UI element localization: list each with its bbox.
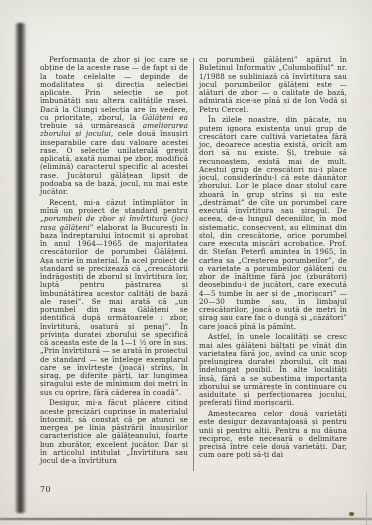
paragraph: cu porumbeii gălățeni” apărut în Buletin… (199, 56, 347, 114)
paragraph: Astfel, în unele localități se cresc mai… (199, 333, 347, 407)
paragraph: Recent, mi-a căzut întîmplător în mînă u… (40, 199, 188, 397)
binding-shadow (15, 23, 26, 513)
scanned-page: Performanța de zbor și joc care se obțin… (0, 0, 372, 525)
scan-speck (348, 511, 354, 516)
text-column-left: Performanța de zbor și joc care se obțin… (40, 56, 188, 468)
paragraph: În zilele noastre, din păcate, nu putem … (199, 116, 347, 331)
page-bottom-edge-line (0, 518, 372, 520)
page-number: 70 (40, 485, 51, 494)
paragraph: Performanța de zbor și joc care se obțin… (40, 56, 188, 196)
page-right-edge-line (366, 492, 367, 525)
paragraph: Amestecarea celor două varietăți este de… (199, 410, 347, 460)
text-column-right: cu porumbeii gălățeni” apărut în Buletin… (199, 56, 347, 462)
column-divider-rule (193, 58, 194, 471)
paragraph: Desigur, mi-a făcut plăcere citind acest… (40, 399, 188, 465)
